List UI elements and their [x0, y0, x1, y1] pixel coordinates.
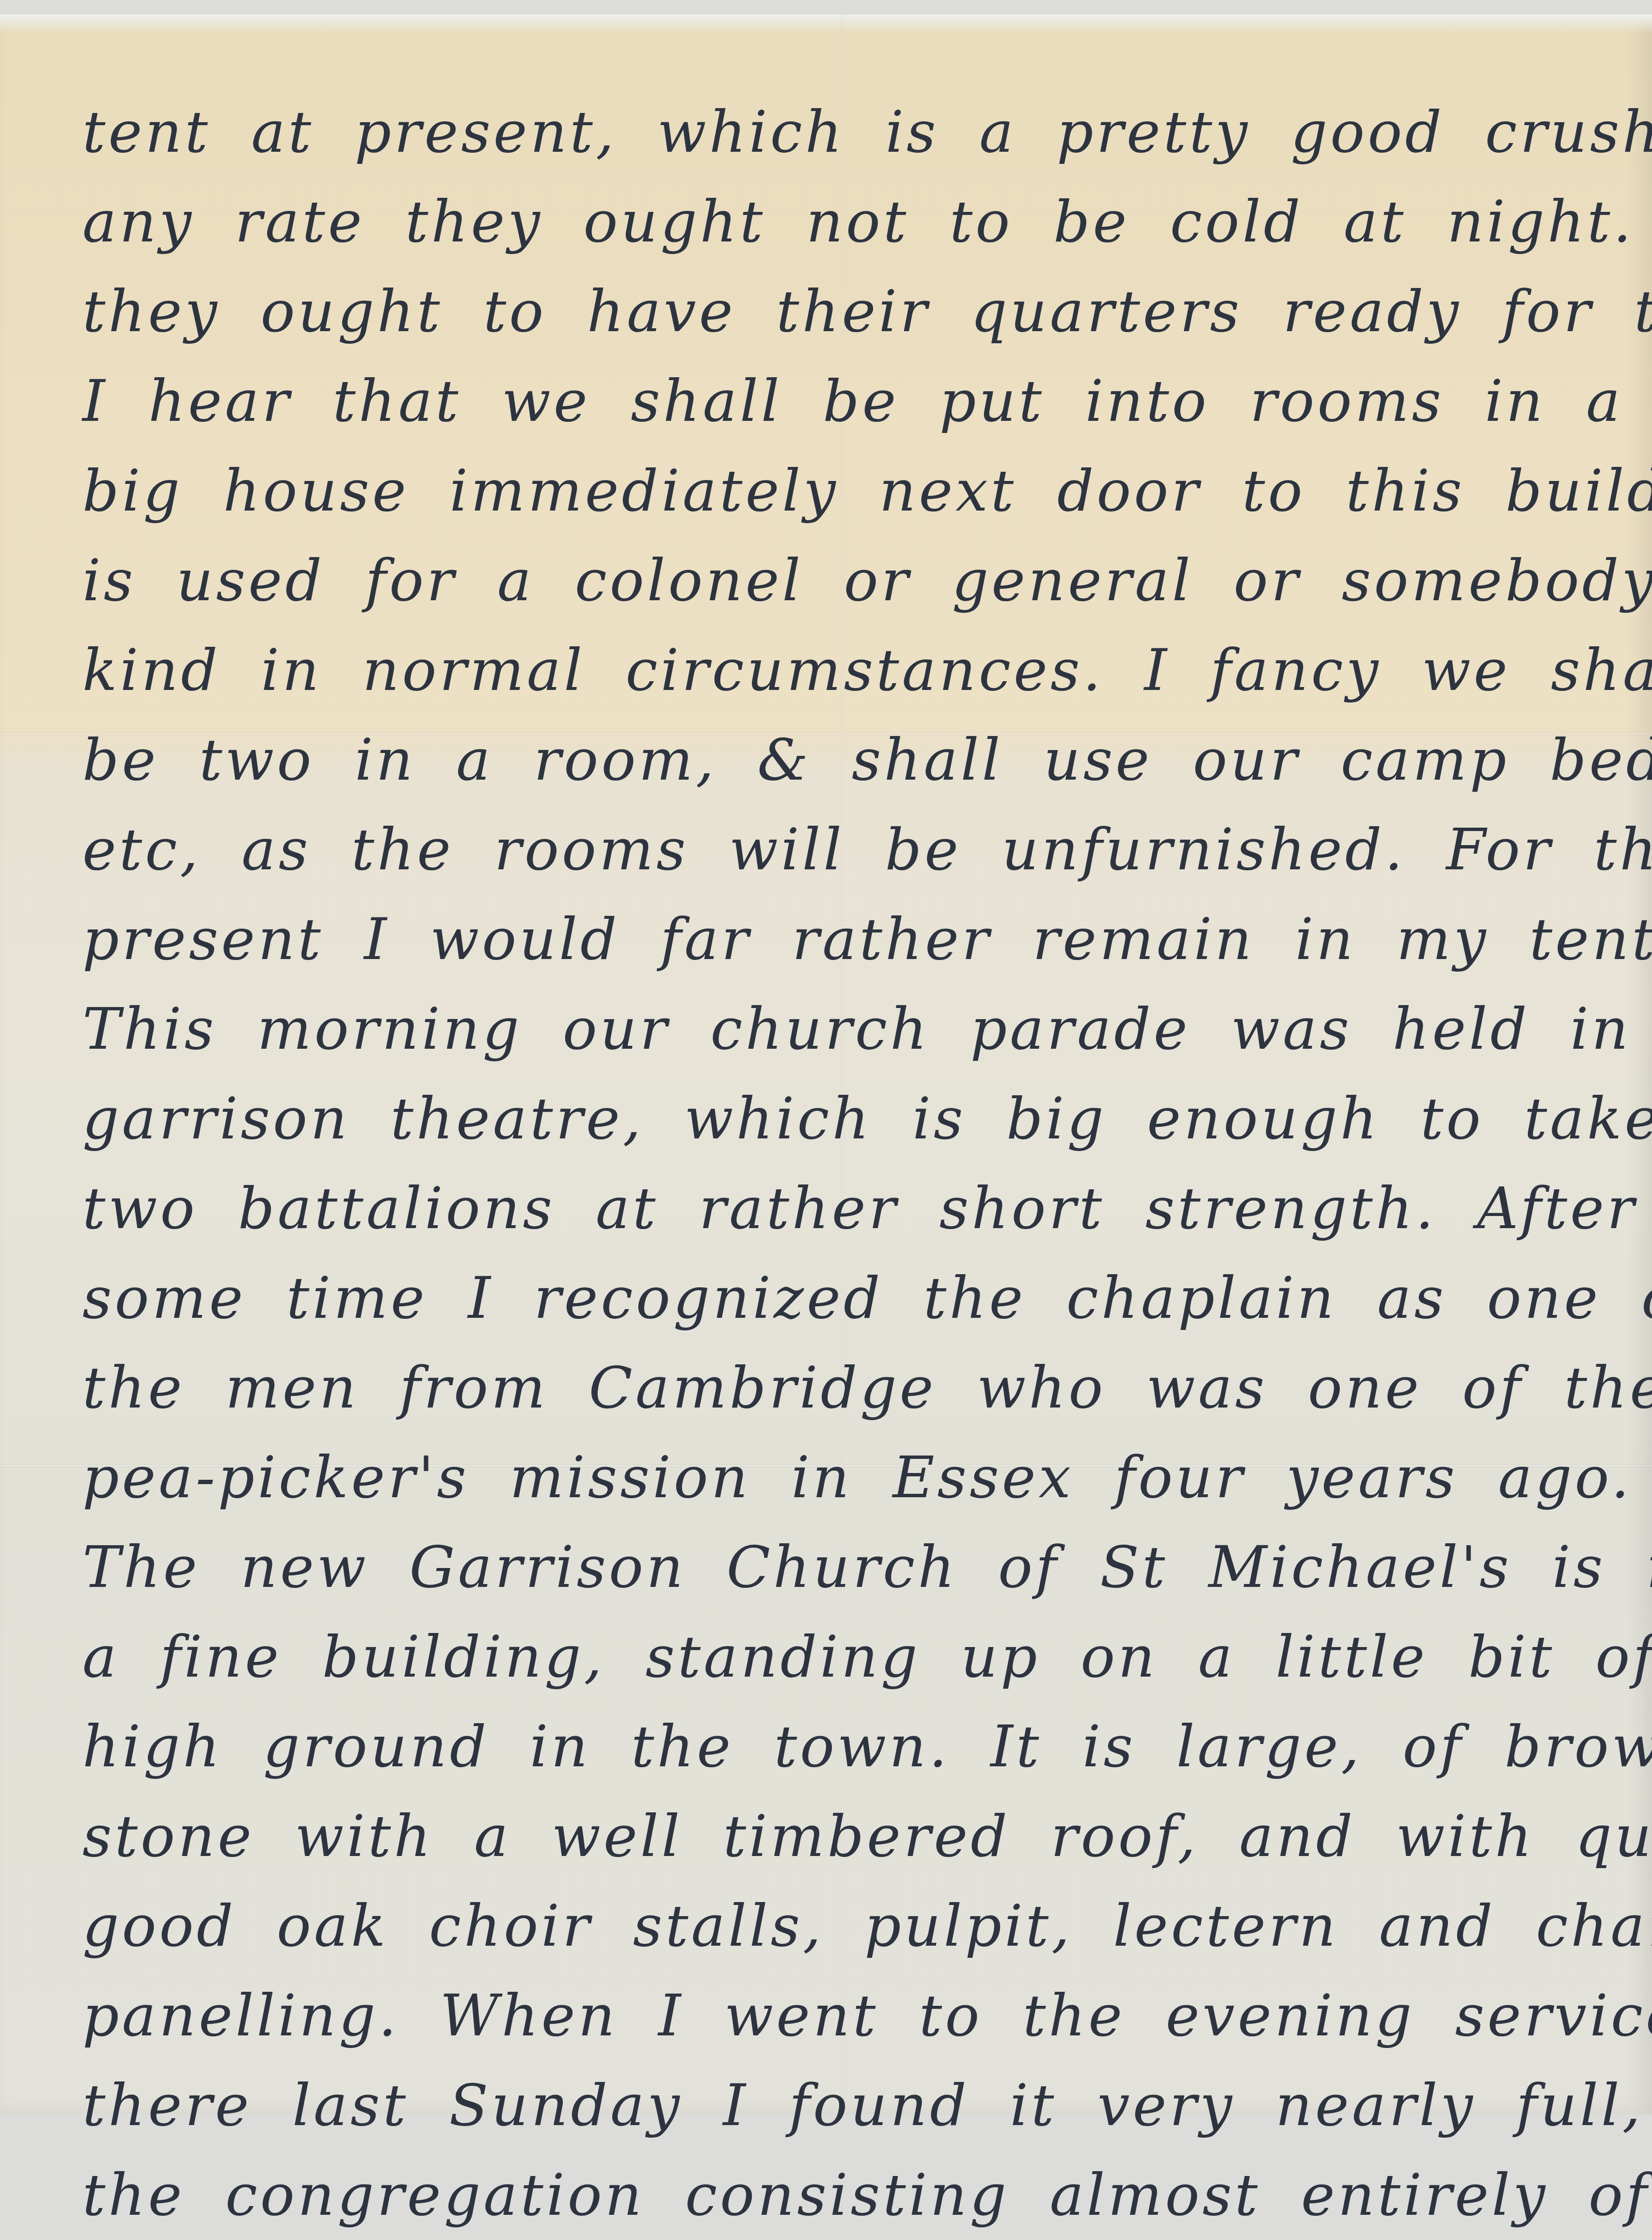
text-line: two battalions at rather short strength.… [82, 1164, 1609, 1253]
text-line: good oak choir stalls, pulpit, lectern a… [82, 1881, 1609, 1971]
text-line: the men from Cambridge who was one of th… [82, 1343, 1609, 1433]
text-line: high ground in the town. It is large, of… [82, 1702, 1609, 1792]
handwritten-text: tent at present, which is a pretty good … [82, 87, 1609, 2114]
text-line: some time I recognized the chaplain as o… [82, 1253, 1609, 1343]
text-line: I hear that we shall be put into rooms i… [82, 356, 1609, 446]
text-line: present I would far rather remain in my … [82, 895, 1609, 984]
text-line: tent at present, which is a pretty good … [82, 87, 1609, 177]
text-line: This morning our church parade was held … [82, 984, 1609, 1074]
text-line: any rate they ought not to be cold at ni… [82, 177, 1609, 267]
text-line: is used for a colonel or general or some… [82, 536, 1609, 625]
text-line: big house immediately next door to this … [82, 446, 1609, 536]
text-line: they ought to have their quarters ready … [82, 267, 1609, 356]
text-line: etc, as the rooms will be unfurnished. F… [82, 805, 1609, 895]
text-line: panelling. When I went to the evening se… [82, 1971, 1609, 2061]
letter-page: tent at present, which is a pretty good … [0, 15, 1652, 2114]
text-line: pea-picker's mission in Essex four years… [82, 1433, 1609, 1522]
text-line: be two in a room, & shall use our camp b… [82, 715, 1609, 805]
text-line: garrison theatre, which is big enough to… [82, 1074, 1609, 1164]
text-line: a fine building, standing up on a little… [82, 1612, 1609, 1702]
text-line: The new Garrison Church of St Michael's … [82, 1522, 1609, 1612]
text-line: stone with a well timbered roof, and wit… [82, 1792, 1609, 1881]
text-line: there last Sunday I found it very nearly… [82, 2061, 1609, 2114]
text-line: kind in normal circumstances. I fancy we… [82, 625, 1609, 715]
